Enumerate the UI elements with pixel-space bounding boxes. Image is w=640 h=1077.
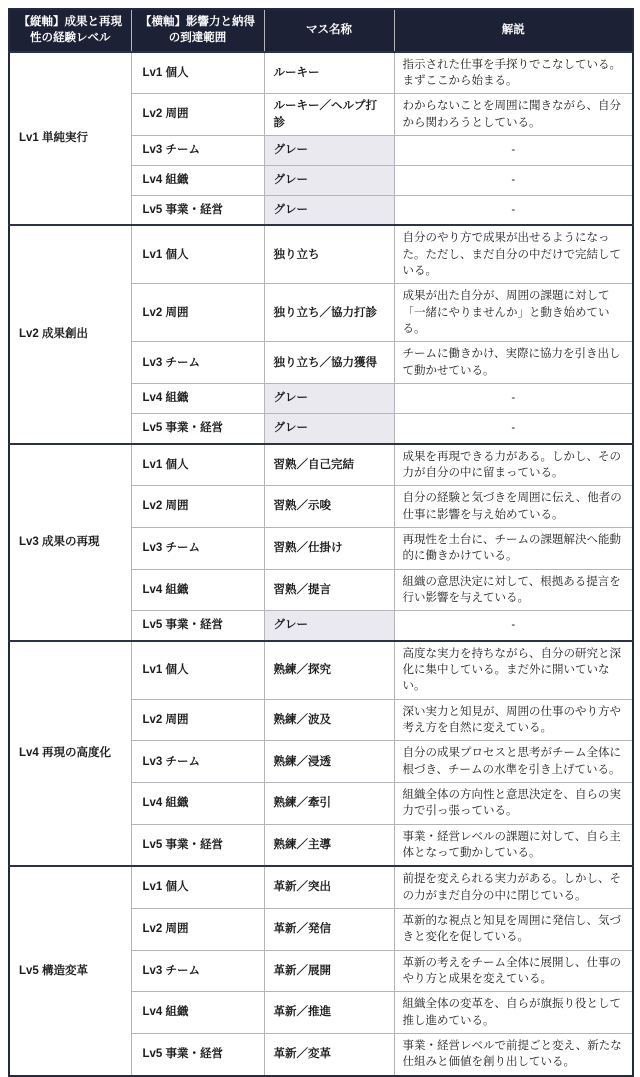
axis-reach-cell: Lv2 周囲: [131, 908, 264, 950]
table-row: Lv4 再現の高度化Lv1 個人熟練／探究高度な実力を持ちながら、自分の研究と深…: [9, 641, 633, 699]
description-cell: 革新的な視点と知見を周囲に発信し、気づきと変化を促している。: [394, 908, 633, 950]
description-cell: 高度な実力を持ちながら、自分の研究と深化に集中している。まだ外に開いていない。: [394, 641, 633, 699]
description-cell: 事業・経営レベルで前提ごと変え、新たな仕組みと価値を創り出している。: [394, 1033, 633, 1075]
axis-reach-cell: Lv5 事業・経営: [131, 414, 264, 444]
description-cell: 自分のやり方で成果が出せるようになった。ただし、まだ自分の中だけで完結している。: [394, 225, 633, 283]
description-cell: 前提を変えられる実力がある。しかし、その力がまだ自分の中に閉じている。: [394, 866, 633, 908]
axis-reach-cell: Lv3 チーム: [131, 135, 264, 165]
cell-name-cell: 革新／発信: [264, 908, 394, 950]
level-group-cell: Lv1 単純実行: [9, 52, 131, 226]
axis-reach-cell: Lv1 個人: [131, 52, 264, 94]
description-cell: チームに働きかけ、実際に協力を引き出して動かせている。: [394, 342, 633, 384]
table-row: Lv2 成果創出Lv1 個人独り立ち自分のやり方で成果が出せるようになった。ただ…: [9, 225, 633, 283]
cell-name-cell: ルーキー: [264, 52, 394, 94]
axis-reach-cell: Lv3 チーム: [131, 342, 264, 384]
cell-name-cell: 独り立ち: [264, 225, 394, 283]
level-group-cell: Lv5 構造変革: [9, 866, 131, 1075]
level-group-cell: Lv4 再現の高度化: [9, 641, 131, 867]
description-cell: -: [394, 414, 633, 444]
cell-name-cell: グレー: [264, 611, 394, 641]
description-cell: 自分の成果プロセスと思考がチーム全体に根づき、チームの水準を引き上げている。: [394, 741, 633, 783]
competency-matrix-table: 【縦軸】成果と再現性の経験レベル 【横軸】影響力と納得の到達範囲 マス名称 解説…: [8, 8, 634, 1077]
cell-name-cell: 革新／展開: [264, 950, 394, 992]
axis-reach-cell: Lv3 チーム: [131, 527, 264, 569]
description-cell: 深い実力と知見が、周囲の仕事のやり方や考え方を自然に変えている。: [394, 699, 633, 741]
cell-name-cell: 革新／変革: [264, 1033, 394, 1075]
table-row: Lv5 構造変革Lv1 個人革新／突出前提を変えられる実力がある。しかし、その力…: [9, 866, 633, 908]
cell-name-cell: 独り立ち／協力打診: [264, 284, 394, 342]
description-cell: 自分の経験と気づきを周囲に伝え、他者の仕事に影響を与え始めている。: [394, 486, 633, 528]
axis-reach-cell: Lv4 組織: [131, 165, 264, 195]
cell-name-cell: 習熟／示唆: [264, 486, 394, 528]
table-body: Lv1 単純実行Lv1 個人ルーキー指示された仕事を手探りでこなしている。まずこ…: [9, 52, 633, 1076]
description-cell: 成果が出た自分が、周囲の課題に対して「一緒にやりませんか」と動き始めている。: [394, 284, 633, 342]
axis-reach-cell: Lv5 事業・経営: [131, 824, 264, 866]
cell-name-cell: グレー: [264, 195, 394, 225]
description-cell: 組織全体の変革を、自らが旗振り役として推し進めている。: [394, 992, 633, 1034]
cell-name-cell: 独り立ち／協力獲得: [264, 342, 394, 384]
description-cell: -: [394, 135, 633, 165]
cell-name-cell: 熟練／波及: [264, 699, 394, 741]
axis-reach-cell: Lv5 事業・経営: [131, 1033, 264, 1075]
description-cell: 革新の考えをチーム全体に展開し、仕事のやり方と成果を変えている。: [394, 950, 633, 992]
table-header: 【縦軸】成果と再現性の経験レベル 【横軸】影響力と納得の到達範囲 マス名称 解説: [9, 9, 633, 52]
description-cell: 成果を再現できる力がある。しかし、その力が自分の中に留まっている。: [394, 444, 633, 486]
cell-name-cell: 革新／推進: [264, 992, 394, 1034]
page: 【縦軸】成果と再現性の経験レベル 【横軸】影響力と納得の到達範囲 マス名称 解説…: [0, 0, 640, 1024]
cell-name-cell: 習熟／提言: [264, 569, 394, 611]
table-row: Lv1 単純実行Lv1 個人ルーキー指示された仕事を手探りでこなしている。まずこ…: [9, 52, 633, 94]
axis-reach-cell: Lv4 組織: [131, 783, 264, 825]
cell-name-cell: 習熟／仕掛け: [264, 527, 394, 569]
axis-reach-cell: Lv4 組織: [131, 992, 264, 1034]
description-cell: わからないことを周囲に聞きながら、自分から関わろうとしている。: [394, 94, 633, 136]
header-horizontal-axis-reach: 【横軸】影響力と納得の到達範囲: [131, 9, 264, 52]
cell-name-cell: 熟練／浸透: [264, 741, 394, 783]
axis-reach-cell: Lv3 チーム: [131, 950, 264, 992]
description-cell: 組織の意思決定に対して、根拠ある提言を行い影響を与えている。: [394, 569, 633, 611]
cell-name-cell: 革新／突出: [264, 866, 394, 908]
cell-name-cell: グレー: [264, 135, 394, 165]
description-cell: 事業・経営レベルの課題に対して、自ら主体となって動かしている。: [394, 824, 633, 866]
axis-reach-cell: Lv5 事業・経営: [131, 611, 264, 641]
table-row: Lv3 成果の再現Lv1 個人習熟／自己完結成果を再現できる力がある。しかし、そ…: [9, 444, 633, 486]
header-row: 【縦軸】成果と再現性の経験レベル 【横軸】影響力と納得の到達範囲 マス名称 解説: [9, 9, 633, 52]
axis-reach-cell: Lv1 個人: [131, 444, 264, 486]
axis-reach-cell: Lv1 個人: [131, 225, 264, 283]
cell-name-cell: グレー: [264, 414, 394, 444]
description-cell: 再現性を土台に、チームの課題解決へ能動的に働きかけている。: [394, 527, 633, 569]
header-vertical-axis-level: 【縦軸】成果と再現性の経験レベル: [9, 9, 131, 52]
header-description: 解説: [394, 9, 633, 52]
description-cell: -: [394, 165, 633, 195]
cell-name-cell: ルーキー／ヘルプ打診: [264, 94, 394, 136]
axis-reach-cell: Lv2 周囲: [131, 94, 264, 136]
cell-name-cell: 習熟／自己完結: [264, 444, 394, 486]
level-group-cell: Lv2 成果創出: [9, 225, 131, 443]
axis-reach-cell: Lv4 組織: [131, 569, 264, 611]
axis-reach-cell: Lv2 周囲: [131, 284, 264, 342]
axis-reach-cell: Lv2 周囲: [131, 699, 264, 741]
description-cell: -: [394, 611, 633, 641]
axis-reach-cell: Lv1 個人: [131, 641, 264, 699]
description-cell: -: [394, 384, 633, 414]
description-cell: 指示された仕事を手探りでこなしている。まずここから始まる。: [394, 52, 633, 94]
cell-name-cell: グレー: [264, 384, 394, 414]
cell-name-cell: 熟練／探究: [264, 641, 394, 699]
axis-reach-cell: Lv2 周囲: [131, 486, 264, 528]
cell-name-cell: 熟練／主導: [264, 824, 394, 866]
axis-reach-cell: Lv4 組織: [131, 384, 264, 414]
description-cell: -: [394, 195, 633, 225]
axis-reach-cell: Lv3 チーム: [131, 741, 264, 783]
axis-reach-cell: Lv1 個人: [131, 866, 264, 908]
header-cell-name: マス名称: [264, 9, 394, 52]
axis-reach-cell: Lv5 事業・経営: [131, 195, 264, 225]
cell-name-cell: 熟練／牽引: [264, 783, 394, 825]
description-cell: 組織全体の方向性と意思決定を、自らの実力で引っ張っている。: [394, 783, 633, 825]
cell-name-cell: グレー: [264, 165, 394, 195]
level-group-cell: Lv3 成果の再現: [9, 444, 131, 641]
